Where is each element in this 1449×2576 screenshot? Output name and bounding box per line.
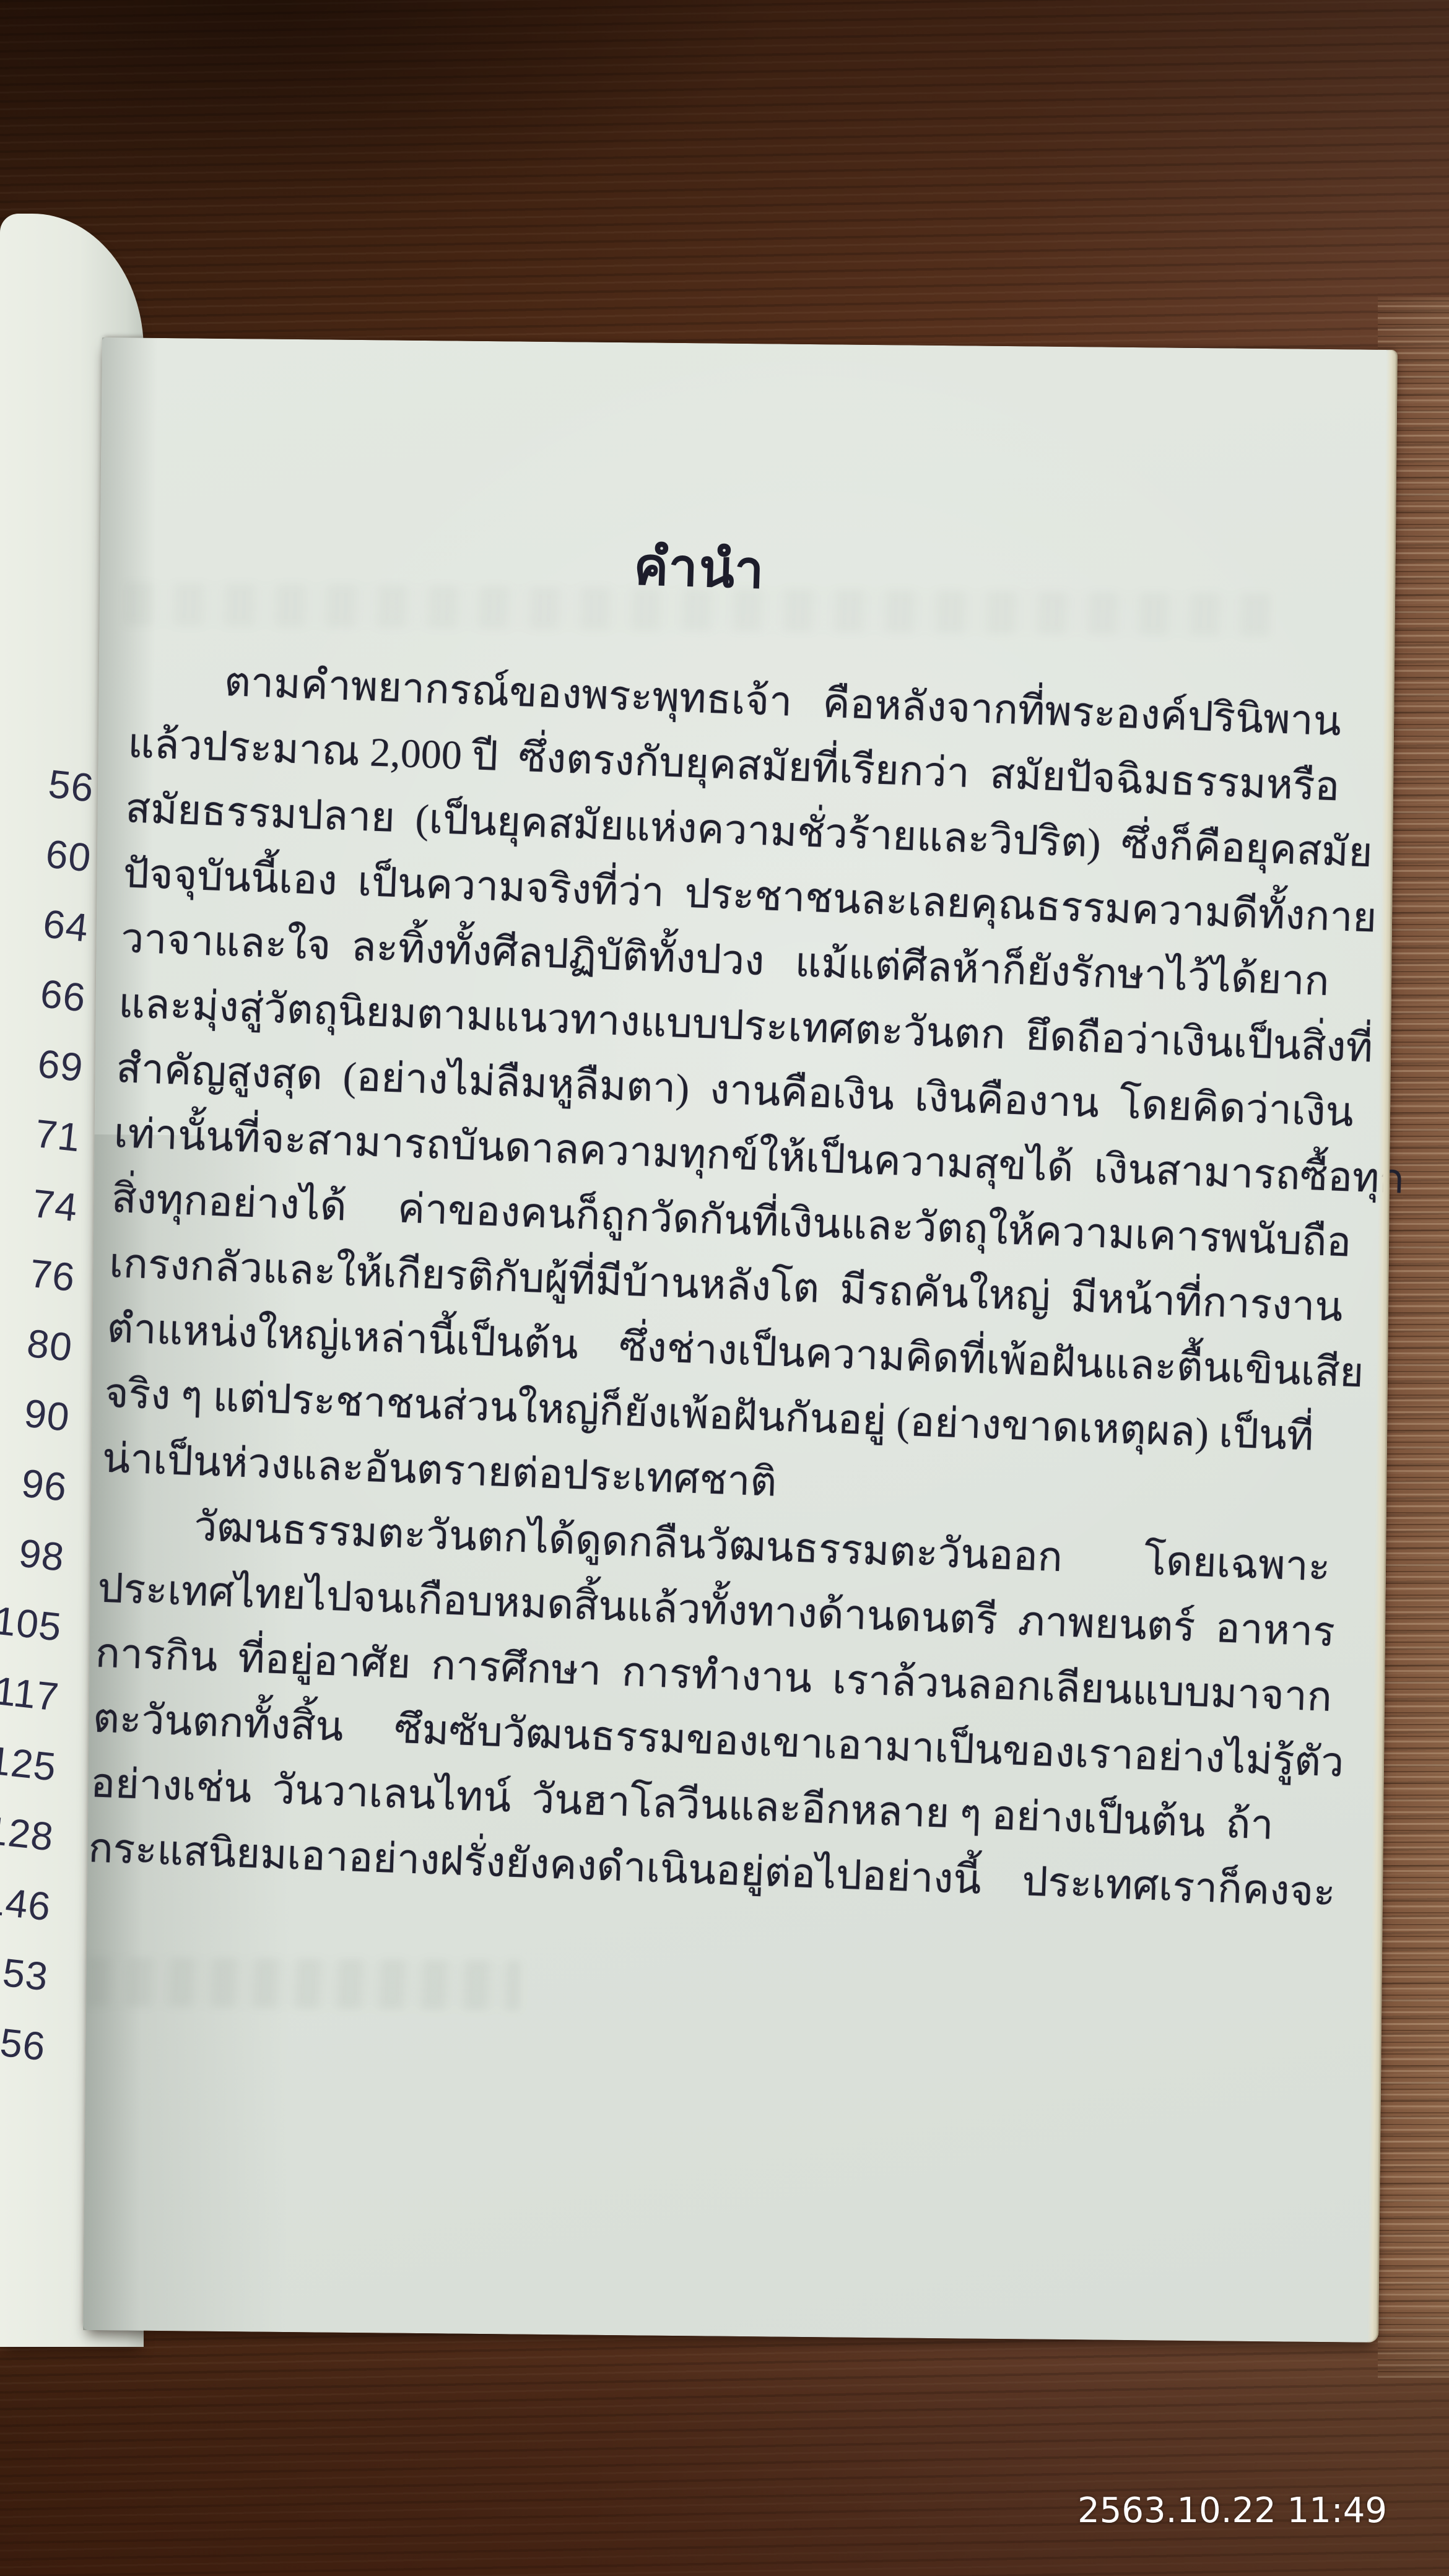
camera-timestamp: 2563.10.22 11:49 [1077,2491,1387,2531]
toc-page-number: 146 [0,1861,54,1942]
toc-page-number: 96 [0,1442,71,1523]
toc-page-number: 64 [0,882,92,963]
page-title: คำนำ [51,506,1348,629]
toc-page-number: 128 [0,1791,57,1872]
toc-page-number: 98 [0,1511,68,1592]
toc-page-number: 105 [0,1581,65,1662]
body-text: ตามคำพยากรณ์ของพระพุทธเจ้า คือหลังจากที่… [87,646,1397,1926]
toc-page-number: 117 [0,1651,63,1732]
toc-page-number: 69 [0,1022,87,1103]
toc-page-number: 66 [0,952,89,1033]
toc-page-number: 56 [0,742,97,823]
wood-shadow-top [0,0,1449,396]
toc-page-number: 125 [0,1721,60,1802]
toc-page-number: 74 [0,1162,81,1243]
toc-page-number: 80 [0,1302,76,1383]
toc-page-number: 76 [0,1232,79,1313]
toc-page-number: 153 [0,1931,52,2012]
toc-page-number: 60 [0,812,95,893]
toc-page-number: 90 [0,1372,73,1453]
book-photo: 56 60 64 66 69 71 74 76 80 90 96 98 105 … [0,0,1449,2576]
preface-page: คำนำ ตามคำพยากรณ์ของพระพุทธเจ้า คือหลังจ… [83,337,1398,2343]
toc-page-number: 156 [0,2001,49,2082]
contents-page-number-column: 56 60 64 66 69 71 74 76 80 90 96 98 105 … [0,746,95,2078]
toc-page-number: 71 [0,1092,84,1173]
